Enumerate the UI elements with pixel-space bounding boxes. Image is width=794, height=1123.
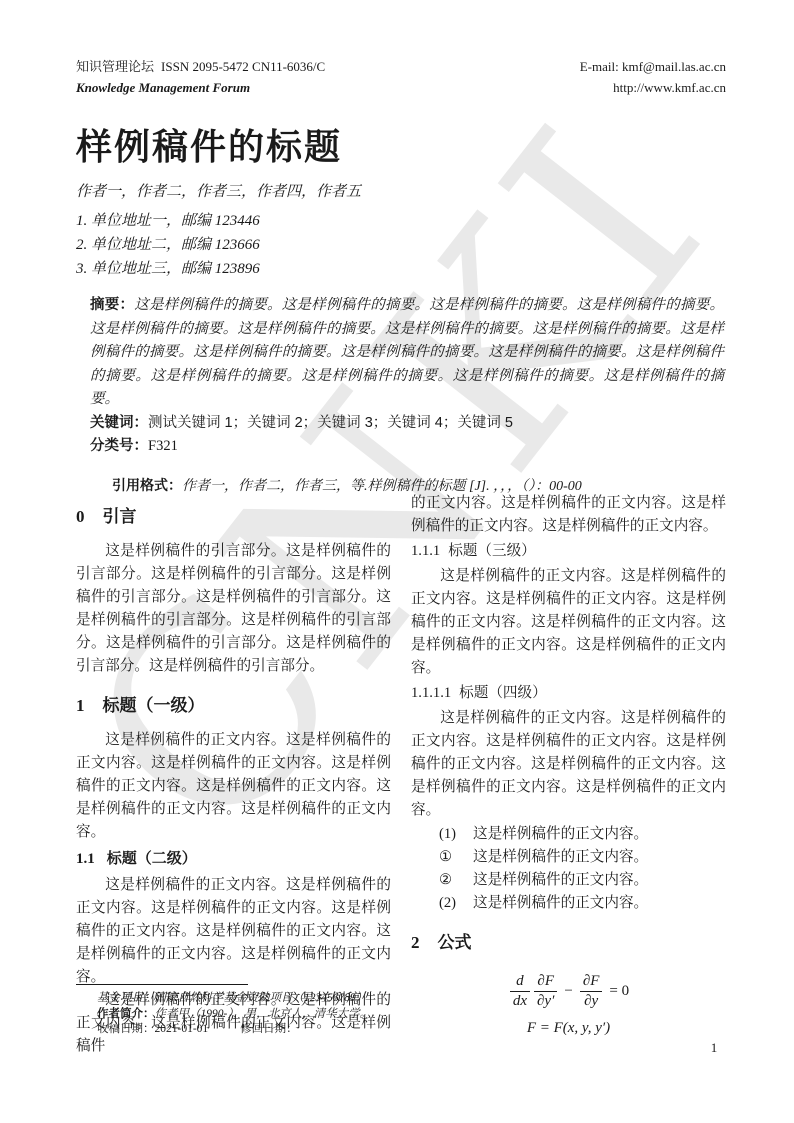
keywords-line: 关键词：测试关键词 1；关键词 2；关键词 3；关键词 4；关键词 5 (90, 412, 726, 436)
fraction-denominator: ∂y′ (534, 992, 557, 1011)
journal-header-right: E-mail: kmf@mail.las.ac.cn http://www.km… (580, 56, 726, 98)
heading-intro: 0引言 (76, 504, 391, 530)
article-head: 样例稿件的标题 作者一，作者二，作者三，作者四，作者五 1. 单位地址一，邮编 … (76, 124, 726, 498)
revised-label: 修回日期： (240, 1023, 298, 1035)
journal-email-link[interactable]: E-mail: kmf@mail.las.ac.cn (580, 56, 726, 77)
fraction: ∂F∂y′ (534, 972, 557, 1011)
body-columns: 0引言 这是样例稿件的引言部分。这是样例稿件的引言部分。这是样例稿件的引言部分。… (76, 492, 726, 1058)
list-text: 这是样例稿件的正文内容。 (473, 895, 648, 911)
fraction-numerator: ∂F (580, 972, 603, 992)
right-column: 的正文内容。这是样例稿件的正文内容。这是样例稿件的正文内容。这是样例稿件的正文内… (411, 492, 726, 1037)
dates-line: 收稿日期：2021-01-01修回日期： (76, 1022, 406, 1038)
clc-code: F321 (148, 438, 178, 454)
minus-operator: − (564, 983, 572, 999)
heading-text: 公式 (438, 933, 472, 952)
affiliation-item: 2. 单位地址二，邮编 123666 (76, 233, 726, 257)
list-marker: (1) (439, 823, 463, 846)
intro-paragraph: 这是样例稿件的引言部分。这是样例稿件的引言部分。这是样例稿件的引言部分。这是样例… (76, 540, 391, 678)
fraction-denominator: ∂y (580, 992, 603, 1011)
section-1-1-paragraph-continued: 的正文内容。这是样例稿件的正文内容。这是样例稿件的正文内容。这是样例稿件的正文内… (411, 492, 726, 538)
fraction: ∂F∂y (580, 972, 603, 1011)
authors-line: 作者一，作者二，作者三，作者四，作者五 (76, 181, 726, 203)
citation-label: 引用格式： (112, 477, 182, 493)
list-text: 这是样例稿件的正文内容。 (473, 826, 648, 842)
heading-section-1: 1标题（一级） (76, 693, 391, 719)
affiliation-item: 1. 单位地址一，邮编 123446 (76, 209, 726, 233)
journal-name-en: Knowledge Management Forum (76, 77, 325, 98)
author-bio-line: 作者简介：作者甲（1990-），男，北京人，清华大学。 (76, 1007, 406, 1023)
clc-line: 分类号：F321 (90, 435, 726, 459)
heading-text: 标题（一级） (103, 696, 205, 715)
list-marker: ① (439, 846, 463, 869)
fund-label: 基金项目： (97, 992, 155, 1004)
heading-number: 1.1.1 (411, 543, 440, 559)
heading-number: 0 (76, 507, 85, 526)
formula-rhs: = 0 (609, 983, 629, 999)
fund-line: 基金项目：国家自然科学基金资助项目（123456789） (76, 991, 406, 1007)
abstract-text: 这是样例稿件的摘要。这是样例稿件的摘要。这是样例稿件的摘要。这是样例稿件的摘要。… (90, 297, 724, 407)
heading-section-1-1-1: 1.1.1标题（三级） (411, 540, 726, 563)
author-bio-text: 作者甲（1990-），男，北京人，清华大学。 (155, 1008, 372, 1020)
section-1-1-1-paragraph: 这是样例稿件的正文内容。这是样例稿件的正文内容。这是样例稿件的正文内容。这是样例… (411, 565, 726, 680)
keywords-label: 关键词： (90, 415, 148, 431)
journal-header-left: 知识管理论坛ISSN 2095-5472 CN11-6036/C Knowled… (76, 56, 325, 98)
footnote-block: 基金项目：国家自然科学基金资助项目（123456789） 作者简介：作者甲（19… (76, 984, 406, 1038)
heading-section-1-1-1-1: 1.1.1.1标题（四级） (411, 682, 726, 705)
article-title: 样例稿件的标题 (76, 124, 726, 170)
heading-number: 1.1.1.1 (411, 685, 451, 701)
received-date: 2021-01-01 (155, 1023, 209, 1035)
section-1-paragraph: 这是样例稿件的正文内容。这是样例稿件的正文内容。这是样例稿件的正文内容。这是样例… (76, 729, 391, 844)
heading-text: 标题（四级） (459, 685, 547, 701)
heading-number: 1.1 (76, 851, 95, 867)
list-marker: (2) (439, 892, 463, 915)
heading-text: 标题（三级） (448, 543, 536, 559)
journal-issn: ISSN 2095-5472 CN11-6036/C (161, 59, 325, 74)
section-1-1-1-1-paragraph: 这是样例稿件的正文内容。这是样例稿件的正文内容。这是样例稿件的正文内容。这是样例… (411, 707, 726, 822)
affiliations: 1. 单位地址一，邮编 123446 2. 单位地址二，邮编 123666 3.… (76, 209, 726, 281)
heading-number: 1 (76, 696, 85, 715)
fraction-numerator: ∂F (534, 972, 557, 992)
affiliation-item: 3. 单位地址三，邮编 123896 (76, 257, 726, 281)
received-label: 收稿日期： (97, 1023, 155, 1035)
fraction-numerator: d (510, 972, 530, 992)
fund-text: 国家自然科学基金资助项目（123456789） (155, 992, 368, 1004)
author-bio-label: 作者简介： (97, 1008, 155, 1020)
list-item: (1)这是样例稿件的正文内容。 (411, 823, 726, 846)
list-item: ①这是样例稿件的正文内容。 (411, 846, 726, 869)
list-text: 这是样例稿件的正文内容。 (473, 872, 648, 888)
list-item: ②这是样例稿件的正文内容。 (411, 869, 726, 892)
abstract-block: 摘要：这是样例稿件的摘要。这是样例稿件的摘要。这是样例稿件的摘要。这是样例稿件的… (90, 294, 724, 412)
euler-lagrange-formula: ddx∂F∂y′−∂F∂y= 0 (411, 972, 726, 1011)
manuscript-page: CNKI 知识管理论坛ISSN 2095-5472 CN11-6036/C Kn… (0, 0, 794, 1123)
list-marker: ② (439, 869, 463, 892)
heading-section-2: 2公式 (411, 930, 726, 956)
left-column: 0引言 这是样例稿件的引言部分。这是样例稿件的引言部分。这是样例稿件的引言部分。… (76, 492, 391, 1058)
heading-text: 引言 (103, 507, 137, 526)
heading-number: 2 (411, 933, 420, 952)
keywords-text: 测试关键词 1；关键词 2；关键词 3；关键词 4；关键词 5 (148, 415, 513, 431)
journal-website-link[interactable]: http://www.kmf.ac.cn (580, 77, 726, 98)
clc-label: 分类号： (90, 438, 148, 454)
list-text: 这是样例稿件的正文内容。 (473, 849, 648, 865)
abstract-label: 摘要： (90, 297, 134, 313)
section-1-1-paragraph: 这是样例稿件的正文内容。这是样例稿件的正文内容。这是样例稿件的正文内容。这是样例… (76, 874, 391, 989)
footnote-separator (76, 984, 248, 985)
heading-section-1-1: 1.1标题（二级） (76, 847, 391, 871)
list-item: (2)这是样例稿件的正文内容。 (411, 892, 726, 915)
heading-text: 标题（二级） (107, 850, 197, 867)
journal-title-line: 知识管理论坛ISSN 2095-5472 CN11-6036/C (76, 56, 325, 77)
journal-name-cn: 知识管理论坛 (76, 59, 154, 74)
numbered-list: (1)这是样例稿件的正文内容。 ①这是样例稿件的正文内容。 ②这是样例稿件的正文… (411, 823, 726, 915)
fraction: ddx (510, 972, 530, 1011)
page-number: 1 (698, 1040, 730, 1056)
journal-header: 知识管理论坛ISSN 2095-5472 CN11-6036/C Knowled… (76, 56, 726, 98)
function-definition-formula: F = F(x, y, y′) (411, 1020, 726, 1037)
fraction-denominator: dx (510, 992, 530, 1011)
